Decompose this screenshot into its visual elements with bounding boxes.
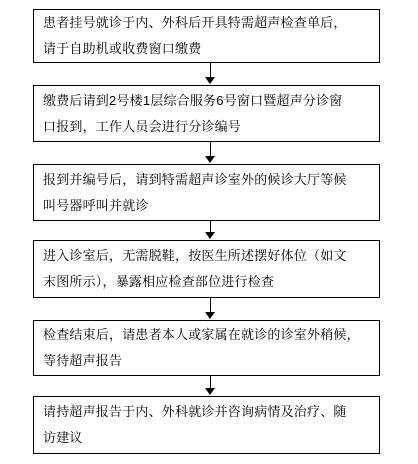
arrow-shaft: [210, 298, 211, 312]
flow-step-1-register-and-pay: 患者挂号就诊于内、外科后开具特需超声检查单后， 请于自助机或收费窗口缴费: [33, 9, 380, 63]
flow-step-6-follow-up-consult: 请持超声报告于内、外科就诊并咨询病情及治疗、随 访建议: [33, 396, 380, 454]
down-arrow-icon-5: [205, 376, 215, 395]
arrow-shaft: [210, 63, 211, 77]
arrow-shaft: [210, 221, 211, 232]
arrow-head: [205, 77, 215, 84]
down-arrow-icon-4: [205, 298, 215, 319]
flow-step-5-wait-for-report: 检查结束后，请患者本人或家属在就诊的诊室外稍候， 等待超声报告: [33, 320, 380, 376]
down-arrow-icon-2: [205, 142, 215, 163]
down-arrow-icon-1: [205, 63, 215, 84]
flow-step-2-check-in-window: 缴费后请到2号楼1层综合服务6号窗口暨超声分诊窗 口报到，工作人员会进行分诊编号: [33, 85, 380, 142]
arrow-head: [205, 156, 215, 163]
flow-step-3-wait-for-call: 报到并编号后，请到特需超声诊室外的候诊大厅等候 叫号器呼叫并就诊: [33, 164, 380, 221]
down-arrow-icon-3: [205, 221, 215, 239]
arrow-head: [205, 388, 215, 395]
flowchart-canvas: 患者挂号就诊于内、外科后开具特需超声检查单后， 请于自助机或收费窗口缴费 缴费后…: [0, 0, 418, 464]
arrow-shaft: [210, 376, 211, 388]
arrow-head: [205, 232, 215, 239]
arrow-shaft: [210, 142, 211, 156]
arrow-head: [205, 312, 215, 319]
flow-step-4-exam-position: 进入诊室后，无需脱鞋，按医生所述摆好体位（如文 末图所示），暴露相应检查部位进行…: [33, 240, 380, 298]
